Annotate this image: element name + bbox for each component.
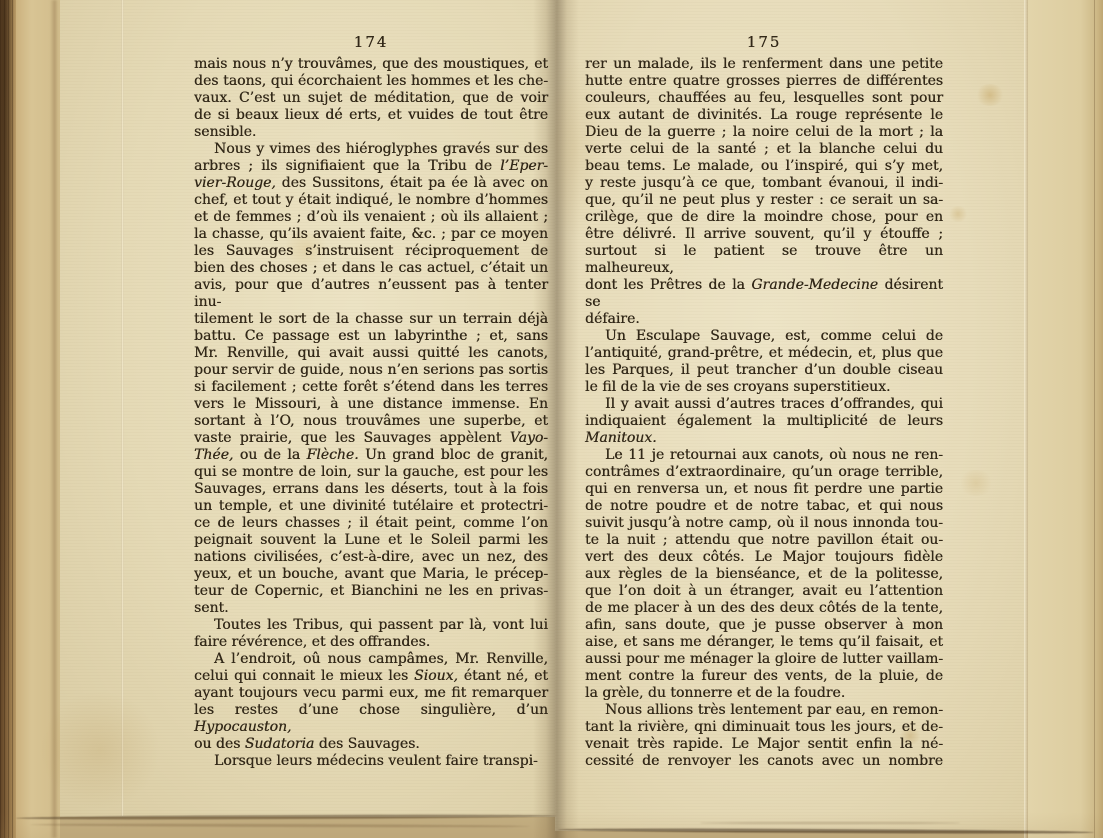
text-line: A l’endroit, oû nous campâmes, Mr. Renvi… — [194, 651, 548, 668]
text-line: Nous y vimes des hiéroglyphes gravés sur… — [194, 141, 548, 158]
text-line: teur de Copernic, et Bianchini ne les en… — [194, 583, 548, 600]
text-line: des taons, qui écorchaient les hommes et… — [194, 73, 548, 90]
text-line: avis, pour que d’autres n’eussent pas à … — [194, 277, 548, 311]
text-line: nations civilisées, c’est-à-dire, avec u… — [194, 549, 548, 566]
text-line: te la nuit ; attendu que notre pavillon … — [585, 532, 943, 549]
text-line: ment contre la fureur des vents, de la p… — [585, 668, 943, 685]
text-line: si facilement ; cette forêt s’étend dans… — [194, 379, 548, 396]
text-line: aussi pour me ménager la gloire de lutte… — [585, 651, 943, 668]
text-line: Sauvages, errans dans les déserts, tout … — [194, 481, 548, 498]
text-line: que, qu’il ne peut plus y rester : ce se… — [585, 192, 943, 209]
text-line: et de femmes ; d’où ils venaient ; où il… — [194, 209, 548, 226]
open-book-photo: 174 mais nous n’y trouvâmes, que des mou… — [0, 0, 1103, 838]
text-line: Nous allions très lentement par eau, en … — [585, 702, 943, 719]
text-line: couleurs, chauffées au feu, lesquelles s… — [585, 90, 943, 107]
text-line: vaux. C’est un sujet de méditation, que … — [194, 90, 548, 107]
text-line: Un Esculape Sauvage, est, comme celui de — [585, 328, 943, 345]
text-line: rer un malade, ils le renferment dans un… — [585, 56, 943, 73]
text-line: les Parques, il peut trancher d’un doubl… — [585, 362, 943, 379]
text-line: chef, et tout y était indiqué, le nombre… — [194, 192, 548, 209]
text-line: Thée, ou de la Flèche. Un grand bloc de … — [194, 447, 548, 464]
text-line: de si beaux lieux dé erts, et vuides de … — [194, 107, 548, 124]
text-line: sent. — [194, 600, 548, 617]
text-line: arbres ; ils signifiaient que la Tribu d… — [194, 158, 548, 175]
text-line: la grèle, du tonnerre et de la foudre. — [585, 685, 943, 702]
text-line: peignait souvent la Lune et le Soleil pa… — [194, 532, 548, 549]
text-line: ce de leurs chasses ; il était peint, co… — [194, 515, 548, 532]
text-line: sortant à l’O, nous trouvâmes une superb… — [194, 413, 548, 430]
left-page-text: 174 mais nous n’y trouvâmes, que des mou… — [194, 34, 548, 770]
text-line: pour servir de guide, nous n’en serions … — [194, 362, 548, 379]
text-line: indiquaient également la multiplicité de… — [585, 413, 943, 430]
text-line: Il y avait aussi d’autres traces d’offra… — [585, 396, 943, 413]
text-line: surtout si le patient se trouve être un … — [585, 243, 943, 277]
text-line: vers le Missouri, à une distance immense… — [194, 396, 548, 413]
left-page-number: 174 — [194, 34, 548, 51]
text-line: le fil de la vie de ses croyans supersti… — [585, 379, 943, 396]
text-line: beau tems. Le malade, ou l’inspiré, qui … — [585, 158, 943, 175]
text-line: crilège, que de dire la moindre chose, p… — [585, 209, 943, 226]
text-line: yeux, et un bouche, avant que Maria, le … — [194, 566, 548, 583]
text-line: de notre poudre et de notre tabac, et qu… — [585, 498, 943, 515]
text-line: y reste jusqu’à ce que, tombant évanoui,… — [585, 175, 943, 192]
left-fore-edge-stack — [0, 0, 16, 838]
text-line: de me placer à un des des deux côtés de … — [585, 600, 943, 617]
text-line: eux autant de divinités. La rouge représ… — [585, 107, 943, 124]
left-underlying-page-edge — [12, 0, 60, 838]
text-line: verte celui de la santé ; et la blanche … — [585, 141, 943, 158]
text-line: un temple, et une divinité tutélaire et … — [194, 498, 548, 515]
left-page-crease — [121, 0, 124, 816]
text-line: que l’on doit à un étranger, avait eu l’… — [585, 583, 943, 600]
text-line: la chasse, qu’ils avaient faite, &c. ; p… — [194, 226, 548, 243]
text-line: être délivré. Il arrive souvent, qu’il y… — [585, 226, 943, 243]
text-line: dont les Prêtres de la Grande-Medecine d… — [585, 277, 943, 311]
text-line: venait très rapide. Le Major sentit enfi… — [585, 736, 943, 753]
right-page-body: rer un malade, ils le renferment dans un… — [585, 56, 943, 770]
text-line: sensible. — [194, 124, 548, 141]
text-line: les Sauvages s’instruisent réciproquemen… — [194, 243, 548, 260]
text-line: défaire. — [585, 311, 943, 328]
text-line: celui qui connait le mieux les Sioux, ét… — [194, 668, 548, 685]
text-line: faire révérence, et des offrandes. — [194, 634, 548, 651]
text-line: Dieu de la guerre ; la noire celui de la… — [585, 124, 943, 141]
text-line: cessité de renvoyer les canots avec un n… — [585, 753, 943, 770]
text-line: mais nous n’y trouvâmes, que des moustiq… — [194, 56, 548, 73]
text-line: qui en renversa un, et nous fit perdre u… — [585, 481, 943, 498]
text-line: battu. Ce passage est un labyrinthe ; et… — [194, 328, 548, 345]
text-line: Lorsque leurs médecins veulent faire tra… — [194, 753, 548, 770]
text-line: vert des deux côtés. Le Major toujours f… — [585, 549, 943, 566]
right-page-number: 175 — [585, 34, 943, 51]
text-line: bien des choses ; et dans le cas actuel,… — [194, 260, 548, 277]
right-underlying-page-edge — [1028, 0, 1103, 838]
text-line: Manitoux. — [585, 430, 943, 447]
text-line: aux règles de la bienséance, et de la po… — [585, 566, 943, 583]
text-line: afin, sans doute, que je pusse observer … — [585, 617, 943, 634]
right-page-bottom-edge-faint — [700, 822, 960, 824]
text-line: vier-Rouge, des Sussitons, était pa ée l… — [194, 175, 548, 192]
text-line: contrâmes d’extraordinaire, qu’un orage … — [585, 464, 943, 481]
right-page-text: 175 rer un malade, ils le renferment dan… — [585, 34, 943, 770]
text-line: qui se montre de loin, sur la gauche, es… — [194, 464, 548, 481]
text-line: aise, et sans me déranger, le tems qu’il… — [585, 634, 943, 651]
text-line: Mr. Renville, qui avait aussi quitté les… — [194, 345, 548, 362]
text-line: suivit jusqu’à notre camp, où il nous in… — [585, 515, 943, 532]
text-line: vaste prairie, que les Sauvages appèlent… — [194, 430, 548, 447]
left-page-body: mais nous n’y trouvâmes, que des moustiq… — [194, 56, 548, 770]
text-line: ou des Sudatoria des Sauvages. — [194, 736, 548, 753]
right-page-crease — [1024, 0, 1028, 838]
text-line: Toutes les Tribus, qui passent par là, v… — [194, 617, 548, 634]
text-line: l’antiquité, grand-prêtre, et médecin, e… — [585, 345, 943, 362]
text-line: tant la rivière, qni diminuait tous les … — [585, 719, 943, 736]
text-line: les restes d’une chose singulière, d’un … — [194, 702, 548, 736]
text-line: tilement le sort de la chasse sur un ter… — [194, 311, 548, 328]
text-line: hutte entre quatre grosses pierres de di… — [585, 73, 943, 90]
text-line: ayant toujours vecu parmi eux, me fit re… — [194, 685, 548, 702]
text-line: Le 11 je retournai aux canots, où nous n… — [585, 447, 943, 464]
